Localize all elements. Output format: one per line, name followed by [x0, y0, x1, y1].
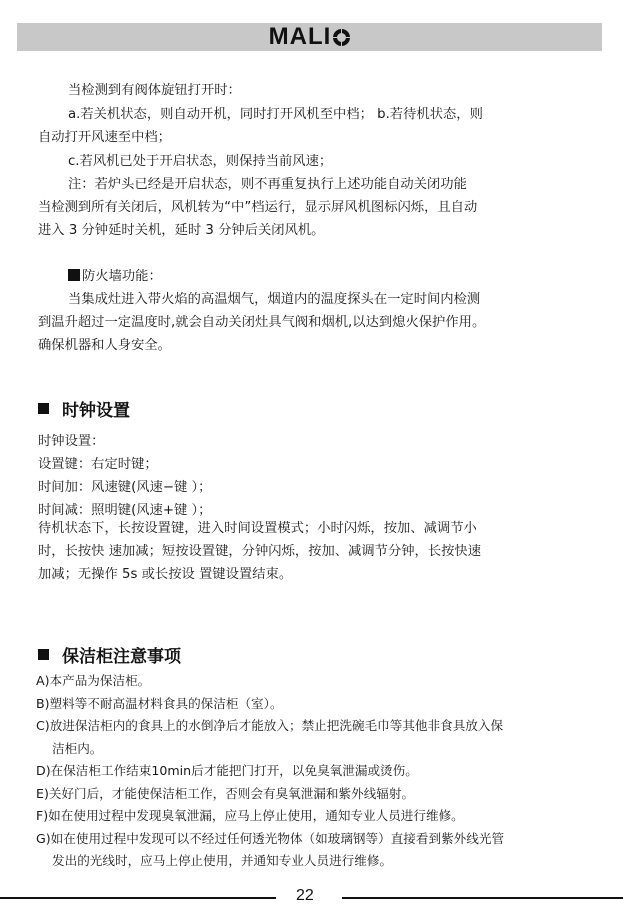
list-item: A)本产品为保洁柜。 [36, 670, 586, 693]
gas-valve-intro: 当检测到有阀体旋钮打开时： [38, 80, 613, 102]
firewall-line2: 到温升超过一定温度时,就会自动关闭灶具气阀和烟机,以达到熄火保护作用。 [38, 312, 583, 334]
gas-valve-note-line1: 注：若炉头已经是开启状态，则不再重复执行上述功能自动关闭功能 [38, 174, 613, 196]
gas-valve-a-line2: 自动打开风速至中档； [38, 127, 583, 149]
logo-o-crosshair-icon [333, 29, 350, 46]
clock-line: 时，长按快 速加减；短按设置键，分钟闪烁，按加、减调节分钟，长按快速 [38, 541, 583, 563]
list-item: B)塑料等不耐高温材料食具的保洁柜（室）。 [36, 693, 586, 716]
gas-valve-note-line2: 当检测到所有关闭后，风机转为“中”档运行，显示屏风机图标闪烁，且自动 [38, 197, 583, 219]
list-item: C)放进保洁柜内的食具上的水倒净后才能放入；禁止把洗碗毛巾等其他非食具放入保 [36, 715, 586, 738]
clock-line: 加减；无操作 5s 或长按设 置键设置结束。 [38, 564, 583, 586]
square-bullet-icon [38, 403, 49, 414]
brand-text: MALI [269, 23, 332, 51]
header-bar: MALI [17, 23, 602, 51]
page-number: 22 [296, 887, 314, 905]
cabinet-section-title: 保洁柜注意事项 [38, 642, 181, 667]
cabinet-notes-list: A)本产品为保洁柜。 B)塑料等不耐高温材料食具的保洁柜（室）。 C)放进保洁柜… [36, 670, 586, 873]
clock-section-title: 时钟设置 [38, 396, 130, 421]
square-bullet-icon [38, 649, 49, 660]
clock-line: 设置键：右定时键； [38, 454, 583, 476]
gas-valve-c-line: c.若风机已处于开启状态，则保持当前风速； [38, 151, 613, 173]
gas-valve-a-line1: a.若关机状态，则自动开机，同时打开风机至中档； b.若待机状态，则 [38, 104, 613, 126]
firewall-heading: 防火墙功能： [38, 266, 613, 288]
list-item: E)关好门后，才能使保洁柜工作，否则会有臭氧泄漏和紫外线辐射。 [36, 783, 586, 806]
clock-line: 待机状态下，长按设置键，进入时间设置模式；小时闪烁，按加、减调节小 [38, 518, 583, 540]
list-item-continuation: 发出的光线时，应马上停止使用，并通知专业人员进行维修。 [36, 850, 586, 873]
clock-title-text: 时钟设置 [62, 396, 130, 421]
list-item: D)在保洁柜工作结束10min后才能把门打开，以免臭氧泄漏或烫伤。 [36, 760, 586, 783]
firewall-line3: 确保机器和人身安全。 [38, 335, 583, 357]
square-bullet-icon [68, 269, 80, 281]
firewall-line1: 当集成灶进入带火焰的高温烟气，烟道内的温度探头在一定时间内检测 [38, 289, 613, 311]
clock-line: 时间加：风速键(风速−键 ）； [38, 477, 583, 499]
list-item: G)如在使用过程中发现可以不经过任何透光物体（如玻璃钢等）直接看到紫外线光管 [36, 828, 586, 851]
cabinet-title-text: 保洁柜注意事项 [62, 642, 181, 667]
footer-rule-left [0, 897, 276, 899]
list-item: F)如在使用过程中发现臭氧泄漏，应马上停止使用，通知专业人员进行维修。 [36, 805, 586, 828]
footer-rule-right [342, 897, 623, 899]
list-item-continuation: 洁柜内。 [36, 738, 586, 761]
gas-valve-note-line3: 进入 3 分钟延时关机，延时 3 分钟后关闭风机。 [38, 220, 583, 242]
brand-logo: MALI [269, 23, 351, 51]
clock-line: 时钟设置： [38, 431, 583, 453]
firewall-title: 防火墙功能： [82, 269, 162, 284]
page-footer: 22 [0, 887, 623, 907]
